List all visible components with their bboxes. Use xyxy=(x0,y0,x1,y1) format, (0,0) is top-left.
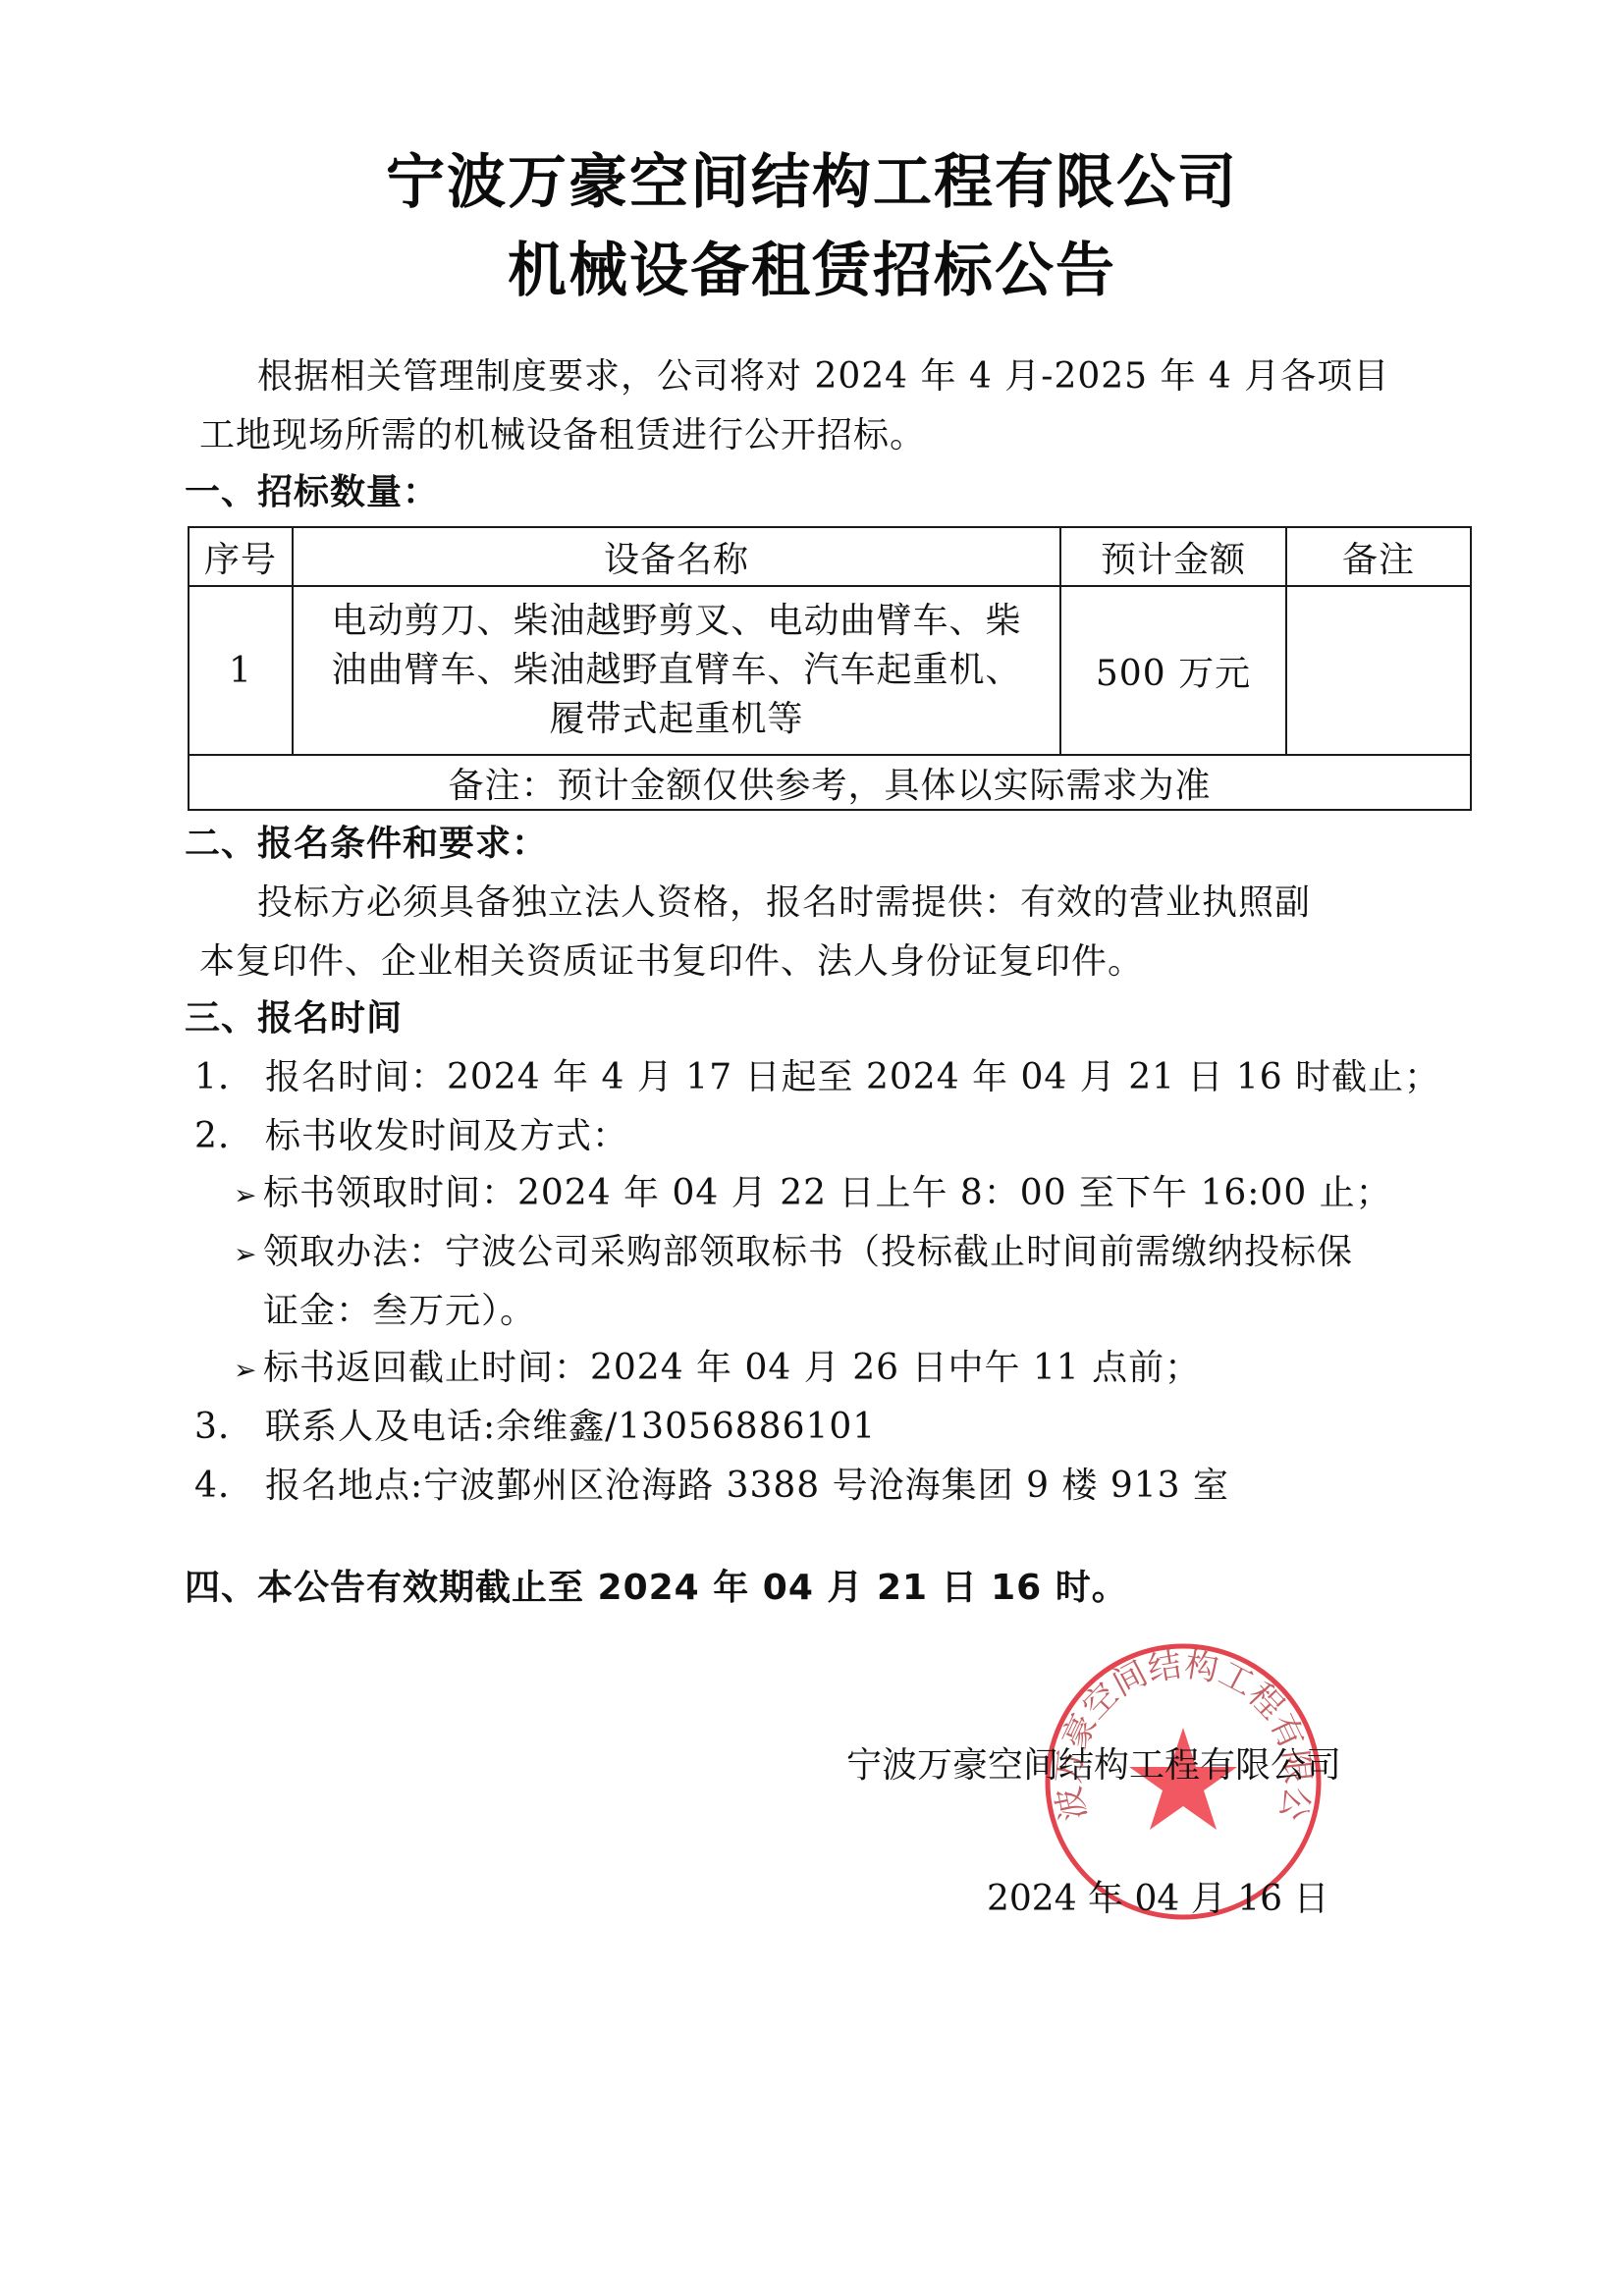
arrow-bullet-icon: ➢ xyxy=(234,1233,263,1276)
list-text: 标书收发时间及方式： xyxy=(265,1116,628,1156)
bullet-item: ➢标书领取时间：2024 年 04 月 22 日上午 8：00 至下午 16:0… xyxy=(234,1172,1392,1217)
list-item: 1.报名时间：2024 年 4 月 17 日起至 2024 年 04 月 21 … xyxy=(194,1056,1440,1099)
company-title: 宁波万豪空间结构工程有限公司 xyxy=(0,135,1624,220)
list-text: 报名时间：2024 年 4 月 17 日起至 2024 年 04 月 21 日 … xyxy=(265,1057,1440,1097)
signature-date: 2024 年 04 月 16 日 xyxy=(987,1871,1328,1921)
list-number: 2. xyxy=(194,1115,265,1158)
bid-quantity-table: 序号 设备名称 预计金额 备注 1 电动剪刀、柴油越野剪叉、电动曲臂车、柴 油曲… xyxy=(188,526,1472,811)
list-item: 2.标书收发时间及方式： xyxy=(194,1115,628,1158)
arrow-bullet-icon: ➢ xyxy=(234,1349,263,1392)
list-number: 3. xyxy=(194,1406,265,1449)
arrow-bullet-icon: ➢ xyxy=(234,1174,263,1217)
list-text: 报名地点:宁波鄞州区沧海路 3388 号沧海集团 9 楼 913 室 xyxy=(265,1466,1229,1506)
equipment-line: 履带式起重机等 xyxy=(294,695,1059,744)
row-index: 1 xyxy=(189,586,293,755)
row-remark xyxy=(1286,586,1471,755)
bullet-item: ➢标书返回截止时间：2024 年 04 月 26 日中午 11 点前； xyxy=(234,1347,1201,1392)
header-amount: 预计金额 xyxy=(1060,527,1286,586)
bullet-item: ➢领取办法：宁波公司采购部领取标书（投标截止时间前需缴纳投标保 xyxy=(234,1231,1353,1276)
section-2-heading: 二、报名条件和要求： xyxy=(185,823,548,866)
header-remark: 备注 xyxy=(1286,527,1471,586)
section-4-heading: 四、本公告有效期截止至 2024 年 04 月 21 日 16 时。 xyxy=(185,1567,1128,1610)
notice-title: 机械设备租赁招标公告 xyxy=(0,224,1624,308)
bullet-continuation: 证金：叁万元）。 xyxy=(263,1290,536,1333)
table-footnote: 备注：预计金额仅供参考，具体以实际需求为准 xyxy=(189,755,1471,810)
document-page: 宁波万豪空间结构工程有限公司 机械设备租赁招标公告 根据相关管理制度要求，公司将… xyxy=(0,0,1624,2296)
intro-line-1: 根据相关管理制度要求，公司将对 2024 年 4 月-2025 年 4 月各项目 xyxy=(257,355,1389,399)
bullet-text: 标书返回截止时间：2024 年 04 月 26 日中午 11 点前； xyxy=(263,1348,1201,1388)
header-equipment: 设备名称 xyxy=(293,527,1060,586)
section-1-heading: 一、招标数量： xyxy=(185,471,439,514)
list-item: 4.报名地点:宁波鄞州区沧海路 3388 号沧海集团 9 楼 913 室 xyxy=(194,1465,1229,1508)
list-number: 1. xyxy=(194,1056,265,1099)
intro-line-2: 工地现场所需的机械设备租赁进行公开招标。 xyxy=(199,414,926,457)
section-3-heading: 三、报名时间 xyxy=(185,997,403,1041)
row-equipment: 电动剪刀、柴油越野剪叉、电动曲臂车、柴 油曲臂车、柴油越野直臂车、汽车起重机、 … xyxy=(293,586,1060,755)
section-2-line-1: 投标方必须具备独立法人资格，报名时需提供：有效的营业执照副 xyxy=(257,881,1311,925)
equipment-line: 电动剪刀、柴油越野剪叉、电动曲臂车、柴 xyxy=(294,597,1059,646)
list-item: 3.联系人及电话:余维鑫/13056886101 xyxy=(194,1406,876,1449)
table-footnote-row: 备注：预计金额仅供参考，具体以实际需求为准 xyxy=(189,755,1471,810)
section-2-line-2: 本复印件、企业相关资质证书复印件、法人身份证复印件。 xyxy=(199,940,1144,984)
row-amount: 500 万元 xyxy=(1060,586,1286,755)
table-header-row: 序号 设备名称 预计金额 备注 xyxy=(189,527,1471,586)
equipment-line: 油曲臂车、柴油越野直臂车、汽车起重机、 xyxy=(294,646,1059,695)
header-index: 序号 xyxy=(189,527,293,586)
signature-company: 宁波万豪空间结构工程有限公司 xyxy=(846,1737,1341,1788)
table-row: 1 电动剪刀、柴油越野剪叉、电动曲臂车、柴 油曲臂车、柴油越野直臂车、汽车起重机… xyxy=(189,586,1471,755)
bullet-text: 标书领取时间：2024 年 04 月 22 日上午 8：00 至下午 16:00… xyxy=(263,1173,1392,1213)
list-number: 4. xyxy=(194,1465,265,1508)
list-text: 联系人及电话:余维鑫/13056886101 xyxy=(265,1407,876,1447)
bullet-text: 领取办法：宁波公司采购部领取标书（投标截止时间前需缴纳投标保 xyxy=(263,1232,1353,1272)
